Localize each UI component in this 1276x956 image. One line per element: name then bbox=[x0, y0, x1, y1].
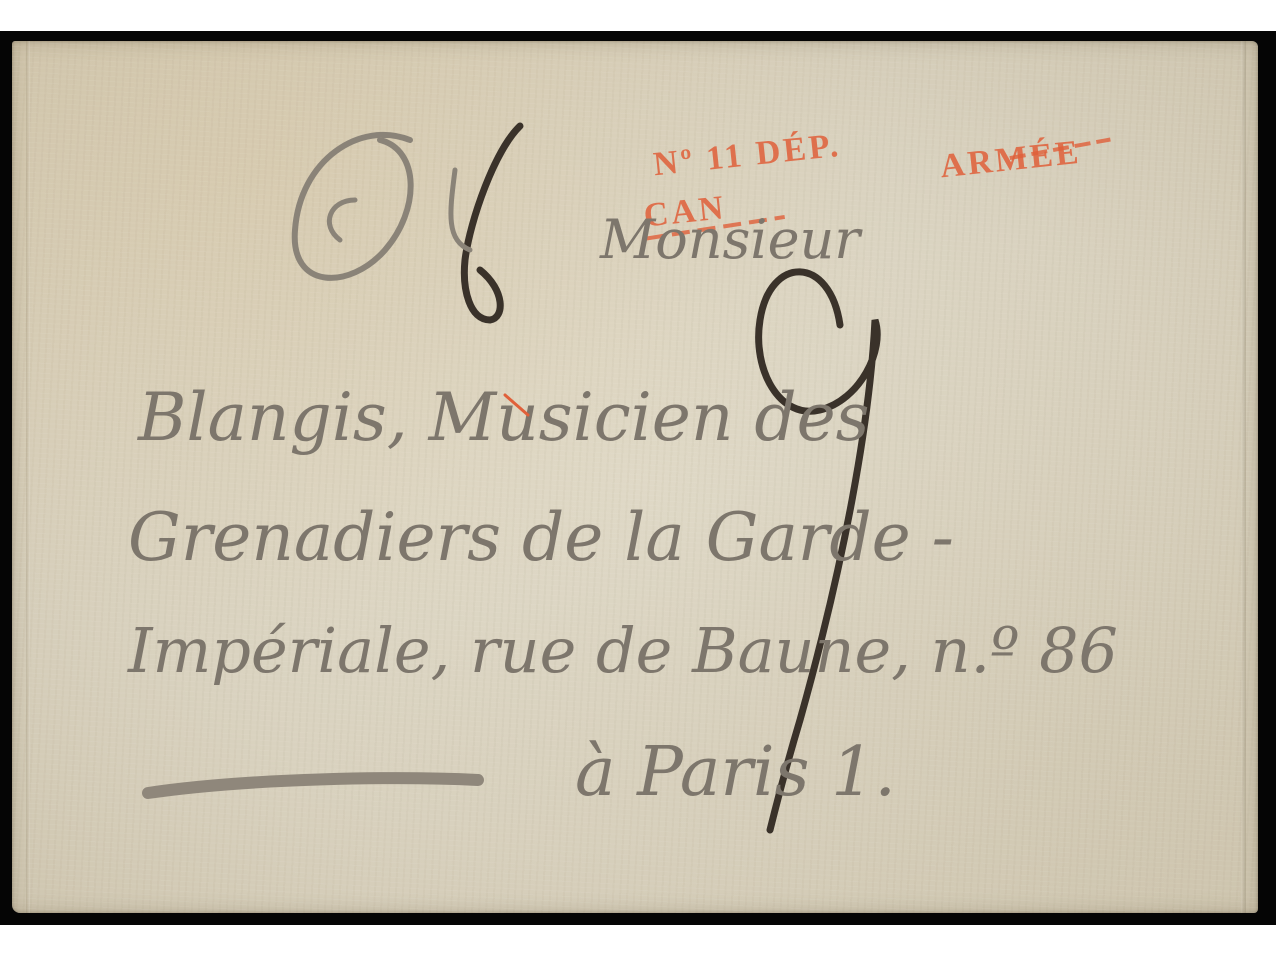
address-block: Monsieur Blangis, Musicien des Grenadier… bbox=[127, 208, 1118, 812]
postmark-line1: Nº 11 DÉP. bbox=[652, 127, 843, 183]
salutation-text: Monsieur bbox=[599, 208, 863, 271]
address-line-4: à Paris 1. bbox=[575, 733, 896, 812]
docket-mark bbox=[295, 126, 520, 320]
address-line-3: Impériale, rue de Baune, n.º 86 bbox=[127, 614, 1118, 687]
ink-layer: Nº 11 DÉP. CAN ARMÉE Monsieur Blangis, M… bbox=[0, 0, 1276, 956]
address-line-1: Blangis, Musicien des bbox=[137, 379, 870, 456]
address-line-2: Grenadiers de la Garde - bbox=[128, 499, 954, 576]
underline-flourish bbox=[148, 778, 478, 793]
